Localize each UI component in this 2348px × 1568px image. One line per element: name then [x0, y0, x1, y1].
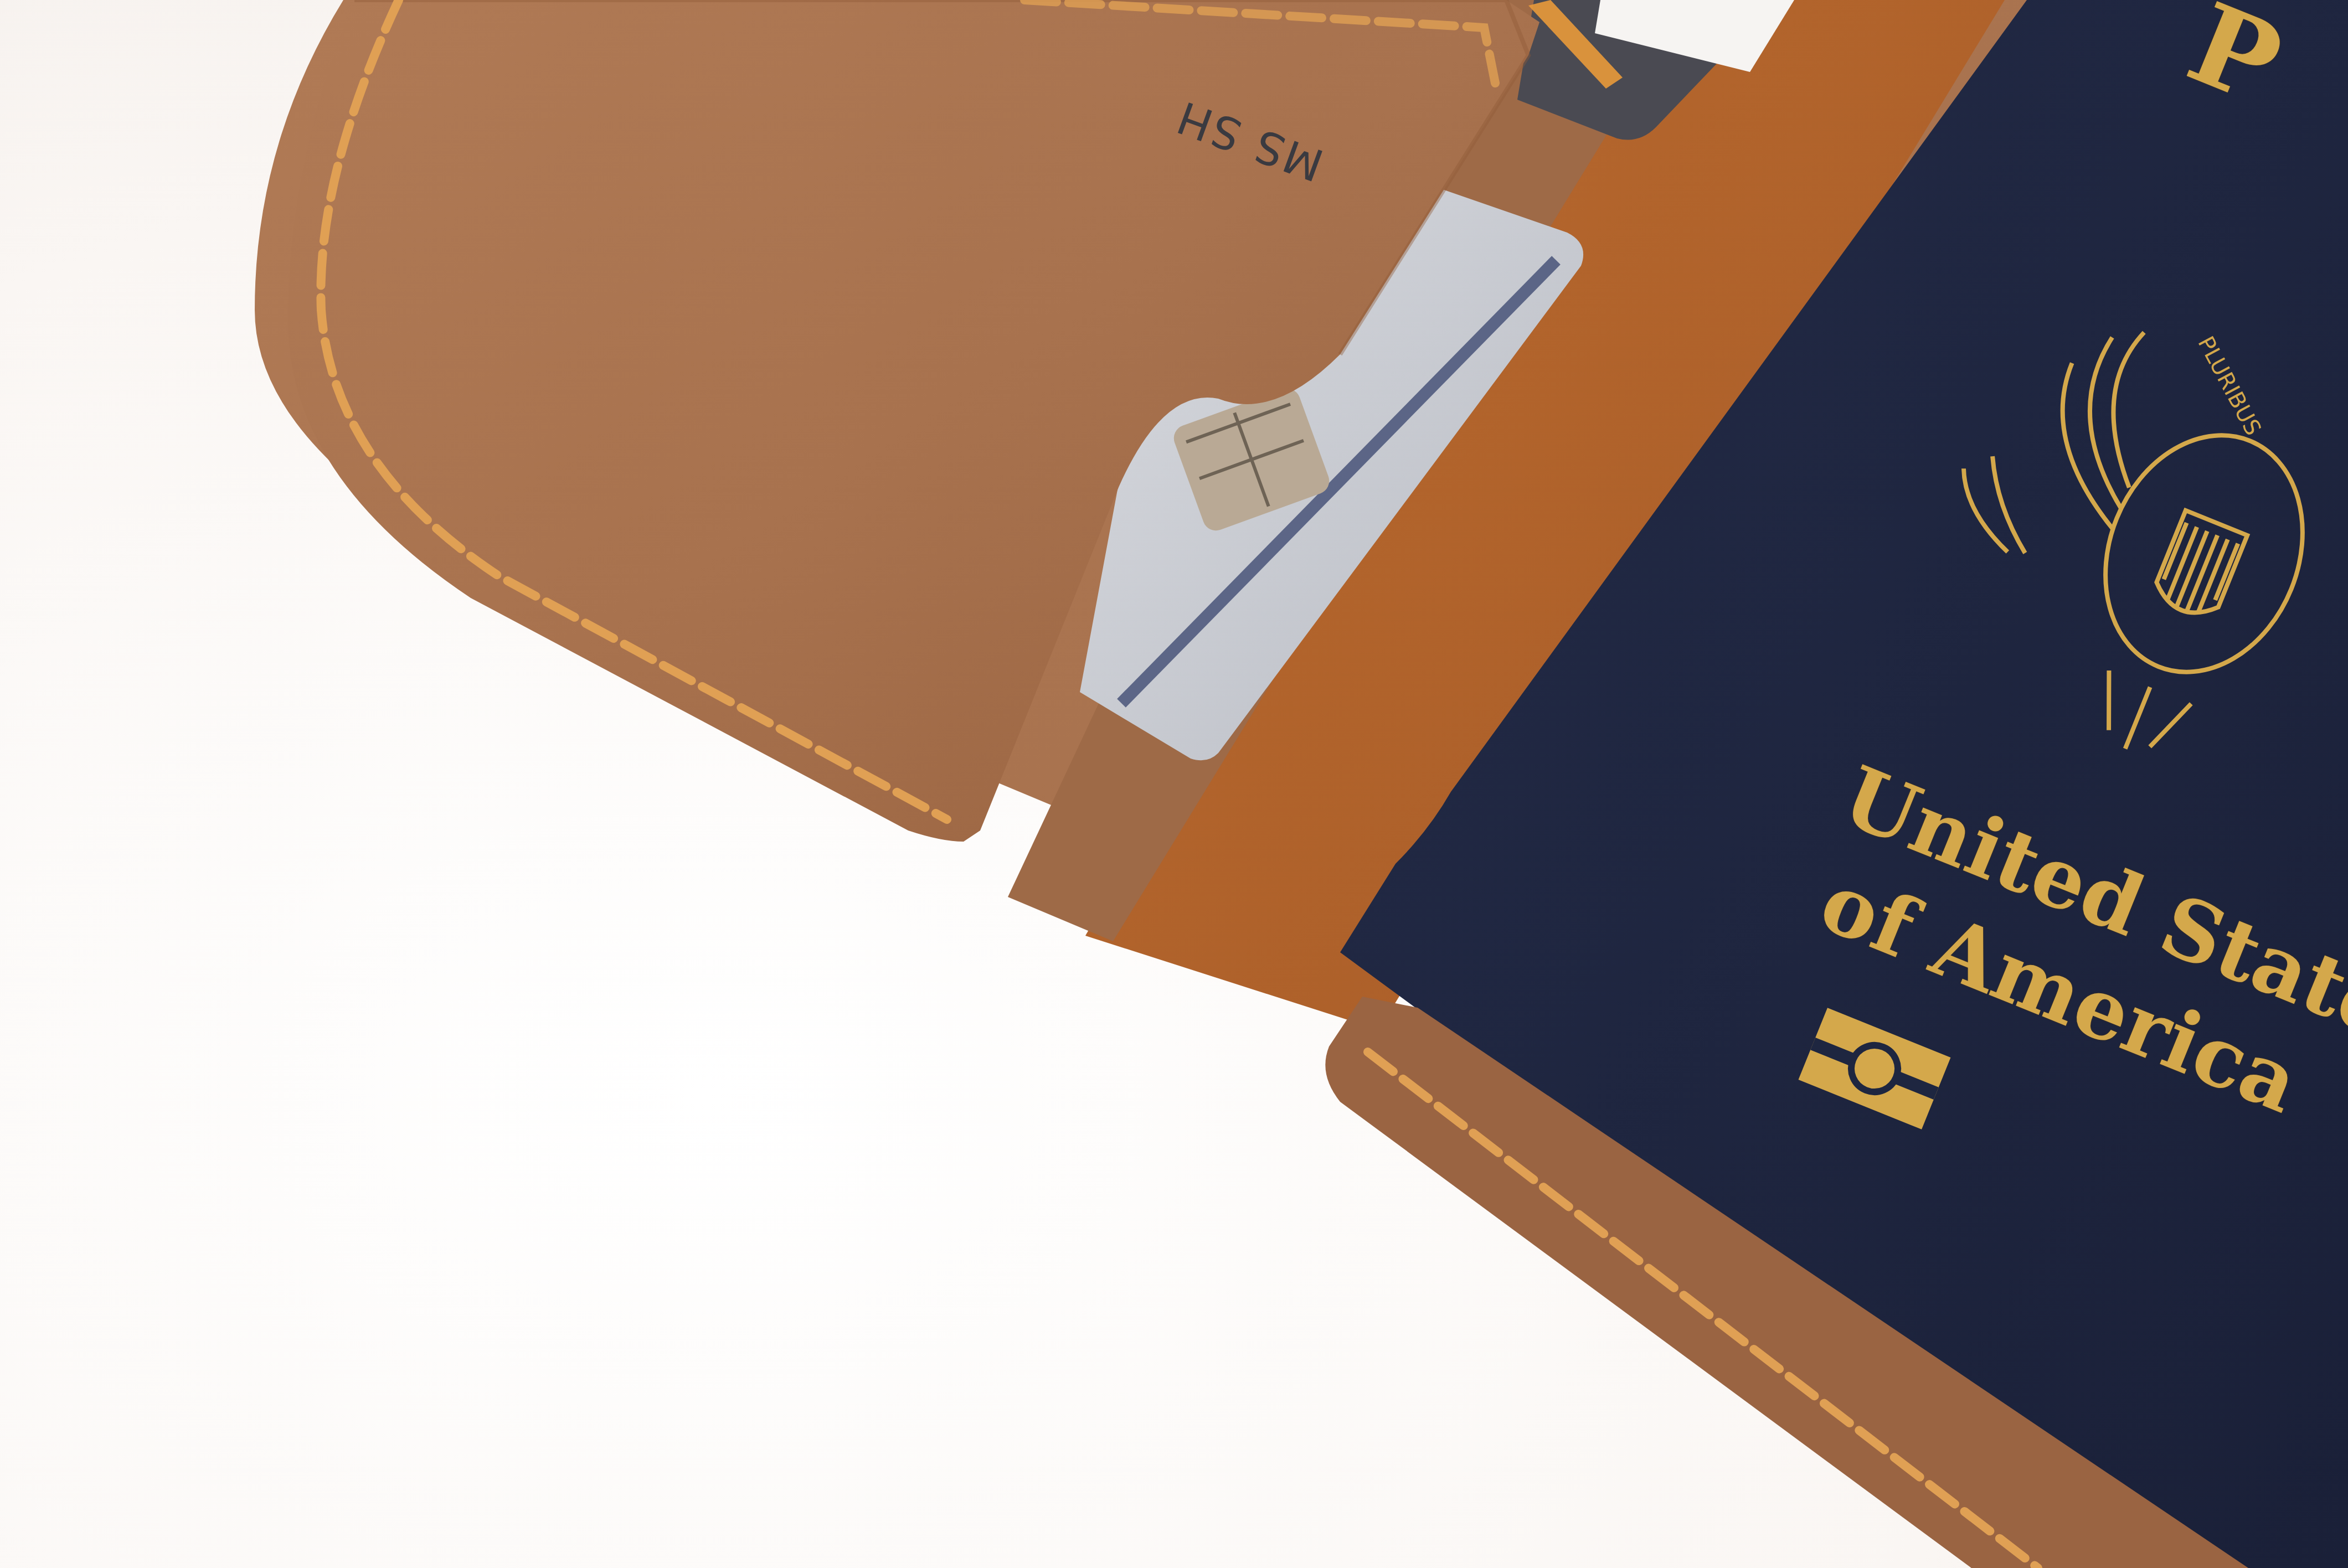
photo-scene: P United States of America PLURIBUS MS S… [0, 0, 2348, 1568]
wallet-photo [0, 0, 2348, 1568]
